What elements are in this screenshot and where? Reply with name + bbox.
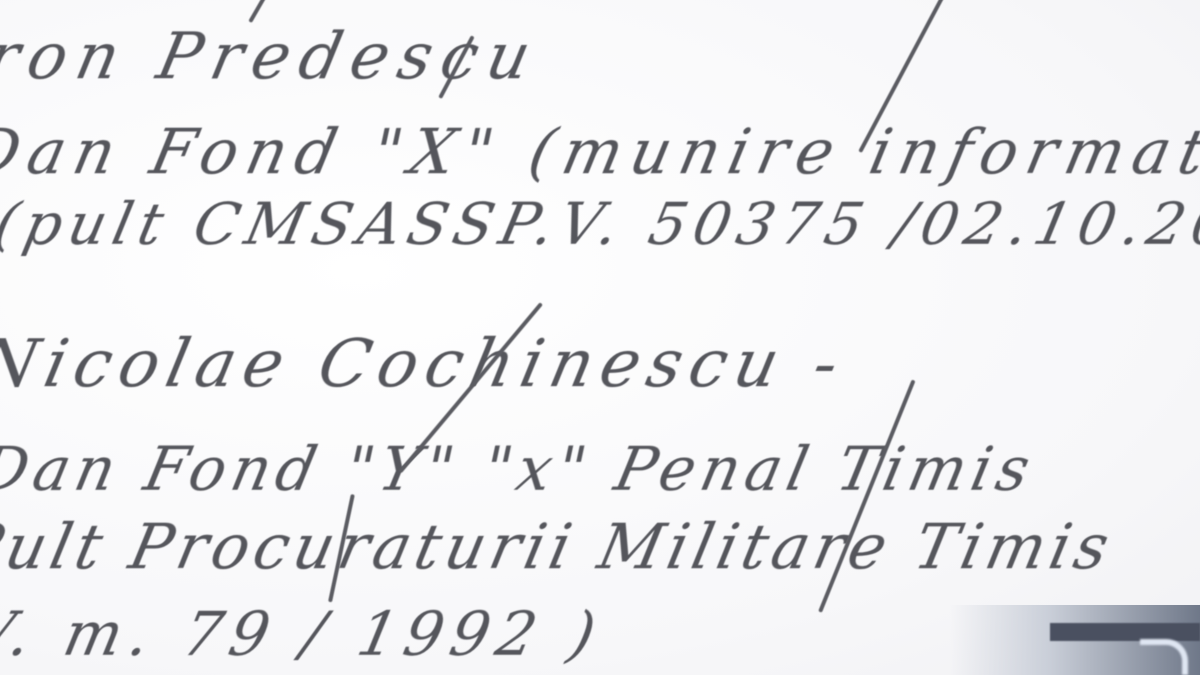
handwritten-page: ron Predescu Dan Fond "X" (munire inform… [0,0,1200,675]
handwritten-line-6: Pult Procuraturii Militare Timis [0,510,1120,583]
handwritten-line-4: Nicolae Cochinescu - [0,325,853,402]
handwritten-line-2: Dan Fond "X" (munire informativa [0,115,1200,188]
broadcaster-logo-icon [1140,639,1188,675]
handwritten-line-3: l(pult CMSASSP.V. 50375 /02.10.2000 [0,190,1200,258]
handwritten-line-7: V. m. 79 / 1992 ) [0,600,609,670]
watermark-label [1050,623,1200,641]
broadcaster-watermark [950,605,1200,675]
handwritten-line-1: ron Predescu [0,20,547,94]
